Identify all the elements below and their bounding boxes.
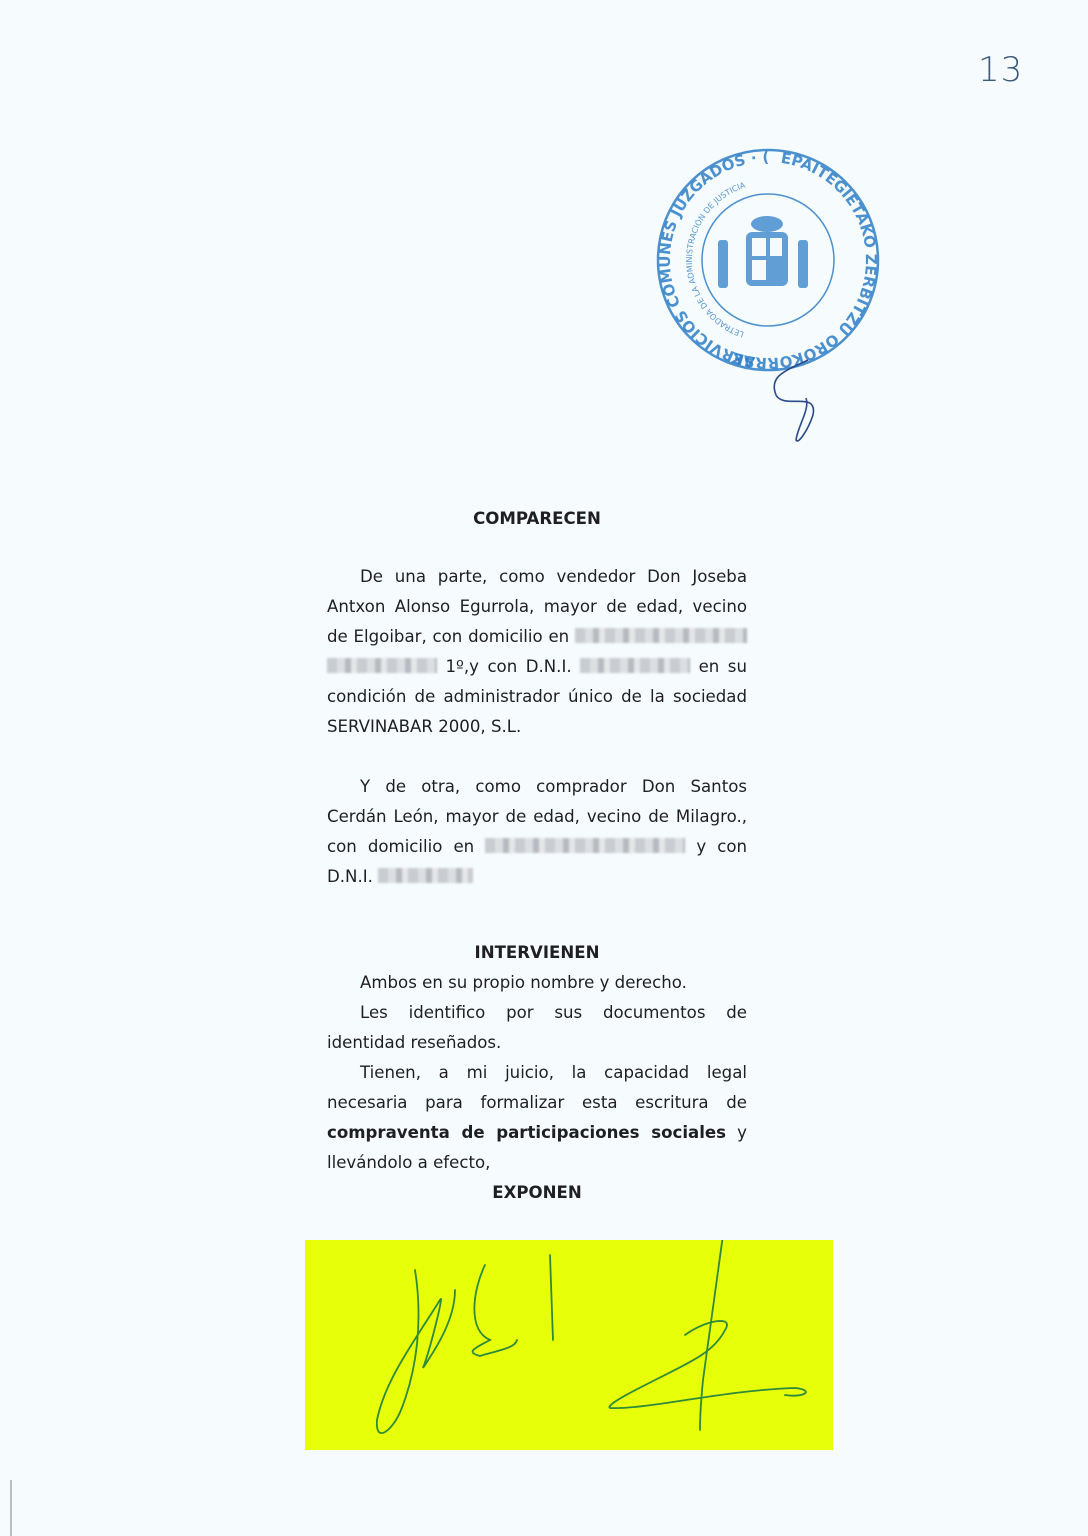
page-edge-line xyxy=(10,1480,12,1536)
page-number: 13 xyxy=(978,50,1023,90)
stamp-signature-scribble xyxy=(774,360,813,441)
signature-highlight-box xyxy=(305,1240,833,1450)
paragraph-comprador: Y de otra, como comprador Don Santos Cer… xyxy=(327,772,747,892)
stamp-inner-text-top: LETRADOA DE LA ADMINISTRACIÓN DE JUSTICI… xyxy=(685,180,747,338)
handwritten-signatures xyxy=(305,1240,833,1450)
redacted-address xyxy=(485,838,685,853)
redacted-address xyxy=(575,628,747,643)
svg-text:LETRADOA DE LA ADMINISTRACIÓN: LETRADOA DE LA ADMINISTRACIÓN DE JUSTICI… xyxy=(685,180,747,338)
bold-compraventa: compraventa de participaciones sociales xyxy=(327,1123,726,1142)
redacted-dni xyxy=(580,658,690,673)
paragraph-intervienen-3: Tienen, a mi juicio, la capacidad legal … xyxy=(327,1058,747,1178)
heading-comparecen: COMPARECEN xyxy=(327,504,747,534)
paragraph-vendedor: De una parte, como vendedor Don Joseba A… xyxy=(327,562,747,742)
heading-intervienen: INTERVIENEN xyxy=(327,938,747,968)
paragraph-intervienen-1: Ambos en su propio nombre y derecho. xyxy=(327,968,747,998)
heading-exponen: EXPONEN xyxy=(327,1178,747,1208)
redacted-dni xyxy=(378,868,473,883)
coat-of-arms-icon xyxy=(718,216,808,288)
paragraph-intervienen-2: Les identifico por sus documentos de ide… xyxy=(327,998,747,1058)
court-seal-stamp: SERVICIOS COMUNES JUZGADOS · (Bizkaia) E… xyxy=(648,140,888,450)
redacted-address-cont xyxy=(327,658,437,673)
document-body: COMPARECEN De una parte, como vendedor D… xyxy=(327,500,747,1328)
